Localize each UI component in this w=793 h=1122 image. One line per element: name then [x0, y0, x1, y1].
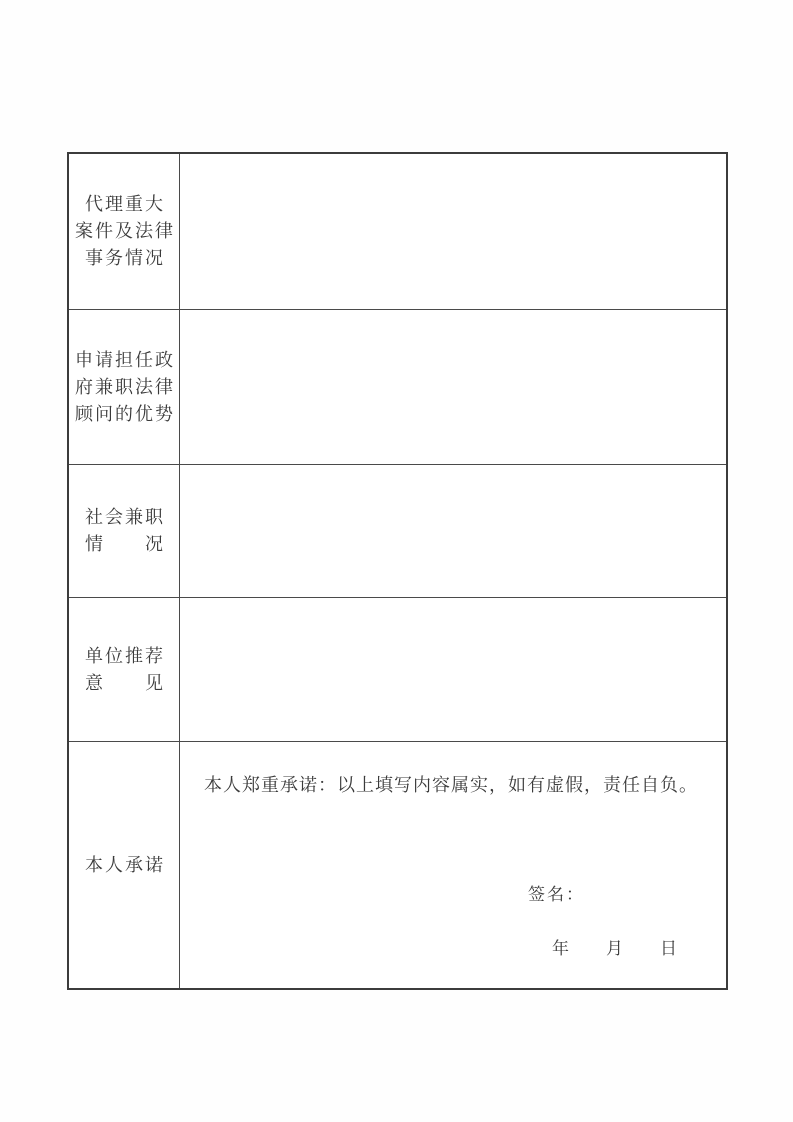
row-label-personal-commitment: 本人承诺 [69, 742, 180, 988]
form-row-social-positions: 社会兼职 情 况 [69, 465, 726, 598]
scanned-form-page: 代理重大 案件及法律 事务情况 申请担任政 府兼职法律 顾问的优势 社会兼职 情… [0, 0, 793, 1122]
form-row-major-cases: 代理重大 案件及法律 事务情况 [69, 154, 726, 310]
row-content-social-positions [180, 465, 726, 597]
form-row-unit-recommendation: 单位推荐 意 见 [69, 598, 726, 742]
row-content-advantages [180, 310, 726, 464]
label-line: 顾问的优势 [73, 401, 175, 428]
label-line: 代理重大 [83, 191, 165, 218]
label-line: 单位推荐 [83, 643, 165, 670]
date-line: 年 月 日 [552, 934, 678, 959]
label-line: 府兼职法律 [73, 374, 175, 401]
label-line: 情 况 [83, 531, 165, 558]
label-line: 案件及法律 [73, 218, 175, 245]
commitment-statement: 本人郑重承诺：以上填写内容属实，如有虚假，责任自负。 [204, 771, 698, 797]
row-content-personal-commitment: 本人郑重承诺：以上填写内容属实，如有虚假，责任自负。 签名： 年 月 日 [180, 742, 726, 988]
label-line: 申请担任政 [73, 347, 175, 374]
row-label-advantages: 申请担任政 府兼职法律 顾问的优势 [69, 310, 180, 464]
form-row-personal-commitment: 本人承诺 本人郑重承诺：以上填写内容属实，如有虚假，责任自负。 签名： 年 月 … [69, 742, 726, 988]
row-label-unit-recommendation: 单位推荐 意 见 [69, 598, 180, 741]
label-line: 社会兼职 [83, 504, 165, 531]
row-label-major-cases: 代理重大 案件及法律 事务情况 [69, 154, 180, 309]
row-content-unit-recommendation [180, 598, 726, 741]
label-line: 本人承诺 [83, 852, 165, 879]
label-line: 事务情况 [83, 245, 165, 272]
label-line: 意 见 [83, 670, 165, 697]
application-form-table: 代理重大 案件及法律 事务情况 申请担任政 府兼职法律 顾问的优势 社会兼职 情… [67, 152, 728, 990]
row-content-major-cases [180, 154, 726, 309]
form-row-advantages: 申请担任政 府兼职法律 顾问的优势 [69, 310, 726, 465]
signature-label: 签名： [528, 880, 585, 905]
row-label-social-positions: 社会兼职 情 况 [69, 465, 180, 597]
